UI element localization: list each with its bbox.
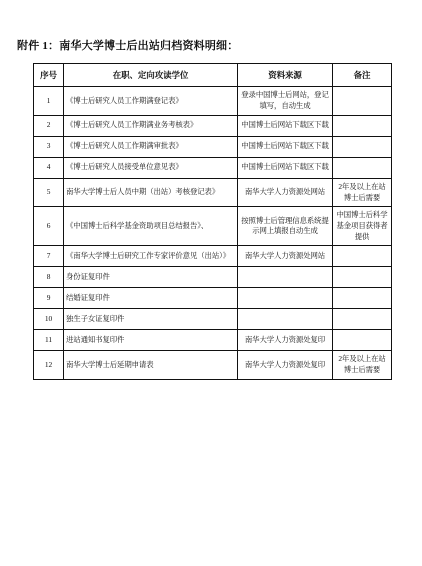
note-cell: 2年及以上在站博士后需要 xyxy=(333,351,392,379)
row-number-cell: 3 xyxy=(34,136,64,157)
row-number-cell: 8 xyxy=(34,267,64,288)
row-number-cell: 9 xyxy=(34,288,64,309)
source-cell: 中国博士后网站下载区下载 xyxy=(238,136,333,157)
row-number-cell: 11 xyxy=(34,330,64,351)
row-number-cell: 10 xyxy=(34,309,64,330)
material-name-cell: 身份证复印件 xyxy=(64,267,238,288)
note-cell xyxy=(333,330,392,351)
row-number-cell: 2 xyxy=(34,115,64,136)
table-row: 4 《博士后研究人员接受单位意见表》 中国博士后网站下载区下载 xyxy=(34,157,392,178)
row-number-cell: 6 xyxy=(34,207,64,246)
row-number-cell: 7 xyxy=(34,246,64,267)
source-cell: 南华大学人力资源处网站 xyxy=(238,178,333,206)
table-row: 3 《博士后研究人员工作期满审批表》 中国博士后网站下载区下载 xyxy=(34,136,392,157)
source-cell xyxy=(238,309,333,330)
row-number-cell: 1 xyxy=(34,87,64,115)
table-header-row: 序号 在职、定向攻读学位 资料来源 备注 xyxy=(34,64,392,87)
note-cell xyxy=(333,267,392,288)
source-cell: 登录中国博士后网站，登记填写，自动生成 xyxy=(238,87,333,115)
source-cell: 中国博士后网站下载区下载 xyxy=(238,157,333,178)
material-name-cell: 《南华大学博士后研究工作专家评价意见（出站）》 xyxy=(64,246,238,267)
source-cell xyxy=(238,288,333,309)
row-number-cell: 4 xyxy=(34,157,64,178)
page-title: 附件 1：南华大学博士后出站归档资料明细： xyxy=(17,37,238,53)
source-cell: 南华大学人力资源处复印 xyxy=(238,351,333,379)
table-row: 1 《博士后研究人员工作期满登记表》 登录中国博士后网站，登记填写，自动生成 xyxy=(34,87,392,115)
source-cell: 按照博士后管理信息系统提示网上填报自动生成 xyxy=(238,207,333,246)
table-row: 8 身份证复印件 xyxy=(34,267,392,288)
header-note: 备注 xyxy=(333,64,392,87)
header-source: 资料来源 xyxy=(238,64,333,87)
row-number-cell: 5 xyxy=(34,178,64,206)
material-name-cell: 《博士后研究人员接受单位意见表》 xyxy=(64,157,238,178)
note-cell xyxy=(333,309,392,330)
material-name-cell: 结婚证复印件 xyxy=(64,288,238,309)
header-row-number: 序号 xyxy=(34,64,64,87)
material-name-cell: 《中国博士后科学基金资助项目总结报告》、 xyxy=(64,207,238,246)
note-cell: 2年及以上在站博士后需要 xyxy=(333,178,392,206)
material-name-cell: 南华大学博士后延期申请表 xyxy=(64,351,238,379)
table-row: 7 《南华大学博士后研究工作专家评价意见（出站）》 南华大学人力资源处网站 xyxy=(34,246,392,267)
source-cell: 南华大学人力资源处复印 xyxy=(238,330,333,351)
table-row: 5 南华大学博士后人员中期（出站）考核登记表》 南华大学人力资源处网站 2年及以… xyxy=(34,178,392,206)
table-row: 11 进站通知书复印件 南华大学人力资源处复印 xyxy=(34,330,392,351)
material-name-cell: 进站通知书复印件 xyxy=(64,330,238,351)
note-cell xyxy=(333,246,392,267)
table-row: 9 结婚证复印件 xyxy=(34,288,392,309)
note-cell xyxy=(333,136,392,157)
note-cell xyxy=(333,87,392,115)
material-name-cell: 独生子女证复印件 xyxy=(64,309,238,330)
note-cell xyxy=(333,288,392,309)
table-row: 10 独生子女证复印件 xyxy=(34,309,392,330)
material-name-cell: 《博士后研究人员工作期满登记表》 xyxy=(64,87,238,115)
material-name-cell: 南华大学博士后人员中期（出站）考核登记表》 xyxy=(64,178,238,206)
row-number-cell: 12 xyxy=(34,351,64,379)
material-name-cell: 《博士后研究人员工作期满审批表》 xyxy=(64,136,238,157)
material-name-cell: 《博士后研究人员工作期满业务考核表》 xyxy=(64,115,238,136)
source-cell: 南华大学人力资源处网站 xyxy=(238,246,333,267)
table-row: 6 《中国博士后科学基金资助项目总结报告》、 按照博士后管理信息系统提示网上填报… xyxy=(34,207,392,246)
note-cell xyxy=(333,115,392,136)
note-cell: 中国博士后科学基金项目获得者提供 xyxy=(333,207,392,246)
source-cell: 中国博士后网站下载区下载 xyxy=(238,115,333,136)
header-material-name: 在职、定向攻读学位 xyxy=(64,64,238,87)
source-cell xyxy=(238,267,333,288)
note-cell xyxy=(333,157,392,178)
table-row: 12 南华大学博士后延期申请表 南华大学人力资源处复印 2年及以上在站博士后需要 xyxy=(34,351,392,379)
table-row: 2 《博士后研究人员工作期满业务考核表》 中国博士后网站下载区下载 xyxy=(34,115,392,136)
materials-table: 序号 在职、定向攻读学位 资料来源 备注 1 《博士后研究人员工作期满登记表》 … xyxy=(33,63,392,380)
